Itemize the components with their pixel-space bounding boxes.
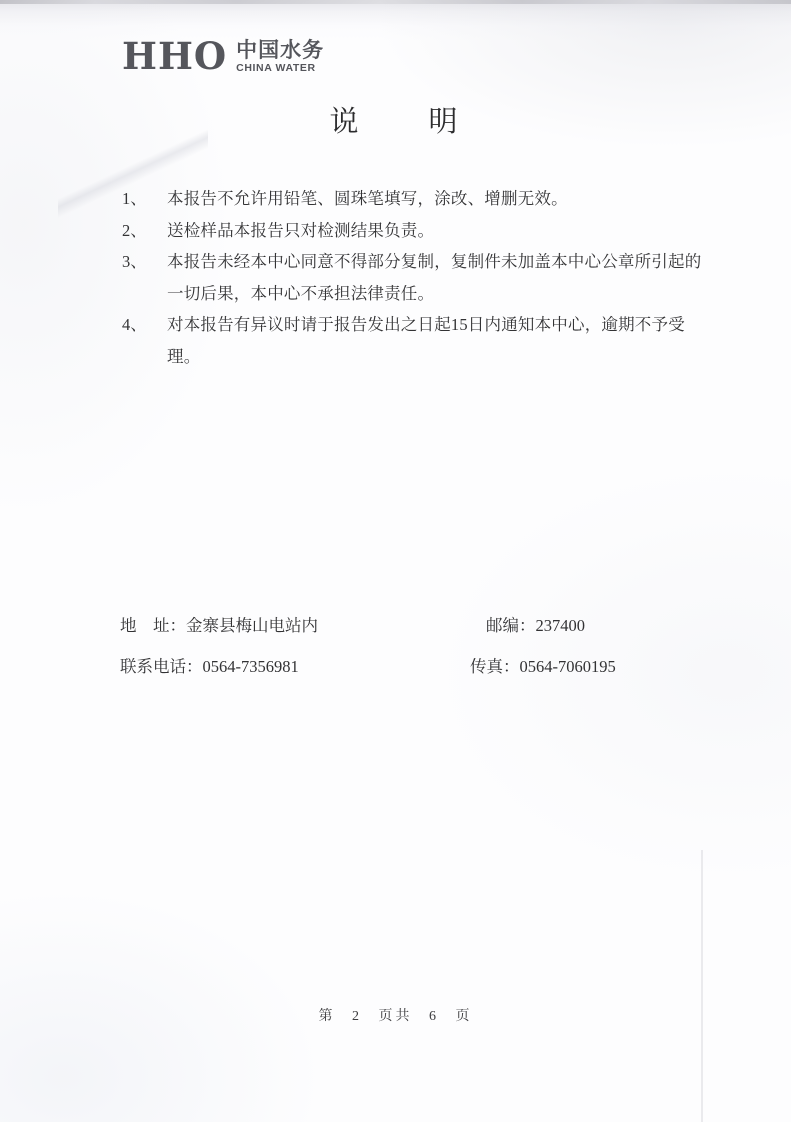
note-line: 送检样品本报告只对检测结果负责。 (167, 221, 434, 240)
note-number: 4、 (122, 309, 167, 341)
address-value: 金寨县梅山电站内 (186, 616, 318, 635)
fax-field: 传真：0564-7060195 (470, 653, 616, 677)
logo-name-block: 中国水务 CHINA WATER (236, 40, 324, 74)
contact-row-address: 地 址：金寨县梅山电站内 邮编：237400 (120, 612, 680, 653)
note-text: 对本报告有异议时请于报告发出之日起15日内通知本中心，逾期不予受 理。 (167, 309, 707, 372)
note-line: 一切后果，本中心不承担法律责任。 (167, 278, 707, 310)
fax-value: 0564-7060195 (520, 657, 616, 676)
page-title: 说 明 (0, 99, 791, 140)
note-item-2: 2、 送检样品本报告只对检测结果负责。 (122, 215, 707, 247)
page-number-indicator: 第 2 页共 6 页 (0, 1005, 791, 1025)
phone-label: 联系电话： (120, 657, 203, 676)
phone-field: 联系电话：0564-7356981 (120, 653, 299, 677)
note-item-4: 4、 对本报告有异议时请于报告发出之日起15日内通知本中心，逾期不予受 理。 (122, 309, 707, 372)
address-label: 地 址： (120, 616, 186, 635)
note-text: 本报告不允许用铅笔、圆珠笔填写，涂改、增删无效。 (167, 183, 707, 215)
note-item-3: 3、 本报告未经本中心同意不得部分复制，复制件未加盖本中心公章所引起的 一切后果… (122, 246, 707, 309)
logo-abbr-text: HHO (122, 38, 227, 75)
address-field: 地 址：金寨县梅山电站内 (120, 612, 318, 636)
logo-english-name: CHINA WATER (236, 63, 324, 74)
note-text: 本报告未经本中心同意不得部分复制，复制件未加盖本中心公章所引起的 一切后果，本中… (167, 246, 707, 309)
postal-field: 邮编：237400 (486, 612, 585, 636)
scan-line-artifact (701, 850, 703, 1122)
note-item-1: 1、 本报告不允许用铅笔、圆珠笔填写，涂改、增删无效。 (122, 183, 707, 215)
note-line: 对本报告有异议时请于报告发出之日起15日内通知本中心，逾期不予受 (167, 309, 707, 341)
contact-info-block: 地 址：金寨县梅山电站内 邮编：237400 联系电话：0564-7356981… (120, 612, 680, 694)
scanned-report-page: HHO 中国水务 CHINA WATER 说 明 1、 本报告不允许用铅笔、圆珠… (0, 0, 791, 1122)
logo-chinese-name: 中国水务 (236, 40, 324, 61)
postal-value: 237400 (536, 616, 586, 635)
china-water-logo: HHO 中国水务 CHINA WATER (122, 38, 324, 75)
fax-label: 传真： (470, 657, 520, 676)
note-line: 本报告未经本中心同意不得部分复制，复制件未加盖本中心公章所引起的 (167, 246, 707, 278)
note-number: 1、 (122, 183, 167, 215)
contact-row-phone: 联系电话：0564-7356981 传真：0564-7060195 (120, 653, 680, 694)
note-text: 送检样品本报告只对检测结果负责。 (167, 215, 707, 247)
note-number: 2、 (122, 215, 167, 247)
phone-value: 0564-7356981 (203, 657, 299, 676)
note-line: 本报告不允许用铅笔、圆珠笔填写，涂改、增删无效。 (167, 189, 568, 208)
note-line: 理。 (167, 341, 707, 373)
note-number: 3、 (122, 246, 167, 278)
notes-list: 1、 本报告不允许用铅笔、圆珠笔填写，涂改、增删无效。 2、 送检样品本报告只对… (122, 183, 707, 372)
scan-edge-artifact (0, 0, 791, 4)
postal-label: 邮编： (486, 616, 536, 635)
